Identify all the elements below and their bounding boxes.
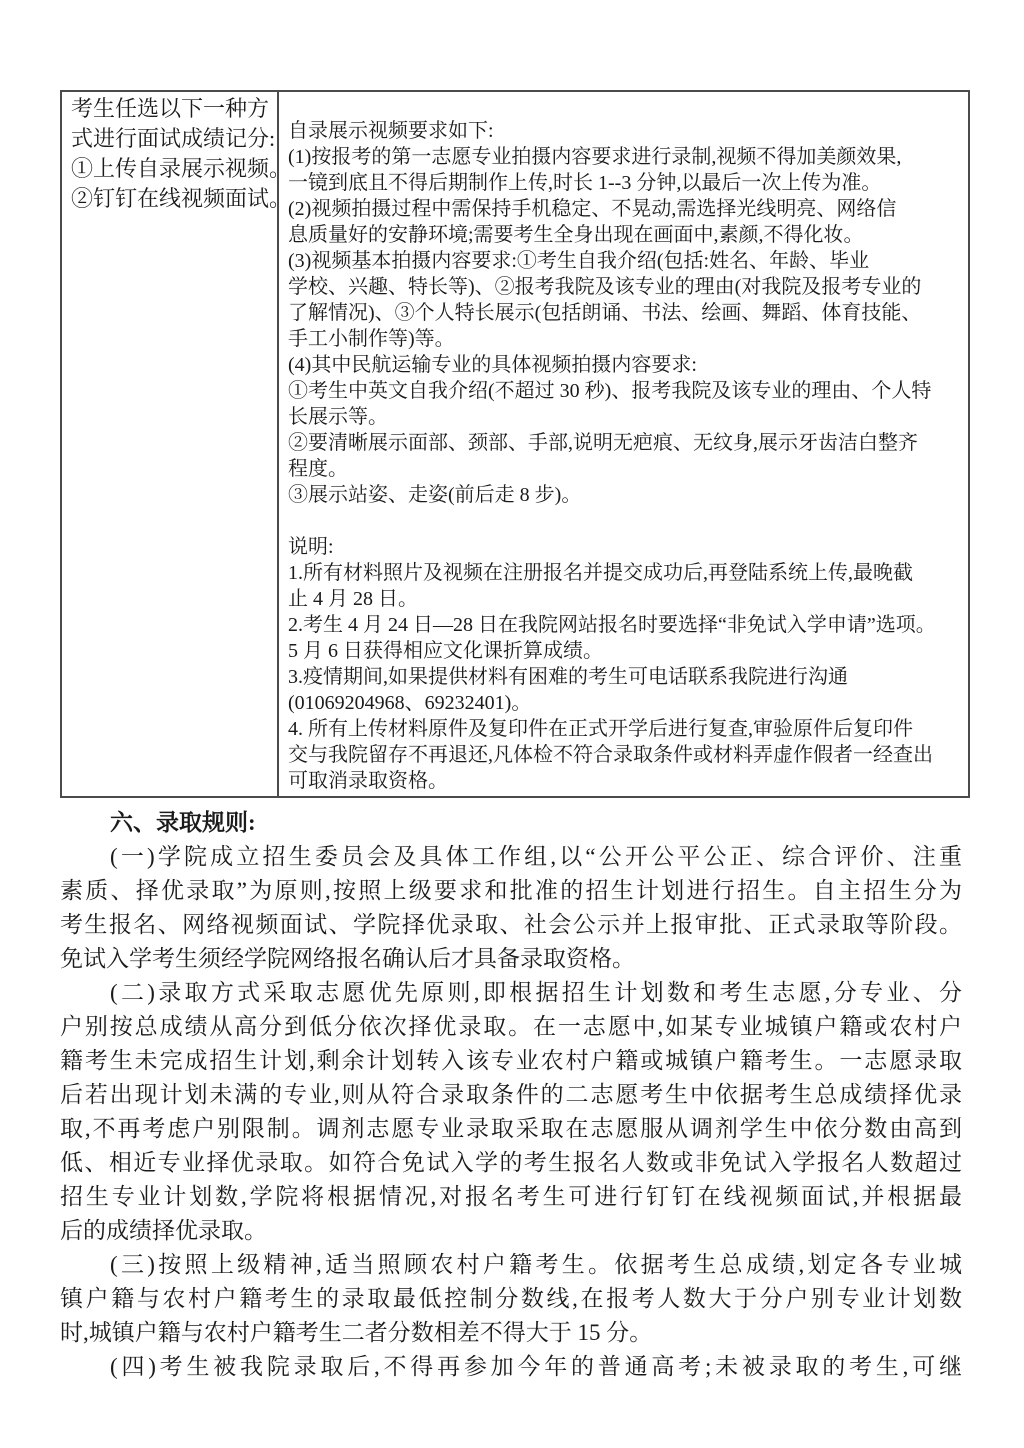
text-line: ①上传自录展示视频。 [71,154,271,184]
paragraph: (二)录取方式采取志愿优先原则,即根据招生计划数和考生志愿,分专业、分户别按总成… [60,976,962,1248]
text-line: (一)学院成立招生委员会及具体工作组,以“公开公平公正、综合评价、注重 [60,840,962,874]
text-line: 交与我院留存不再退还,凡体检不符合录取条件或材料弄虚作假者一经查出 [288,742,960,768]
text-line: (3)视频基本拍摄内容要求:①考生自我介绍(包括:姓名、年龄、毕业 [288,248,960,274]
text-line: 考生报名、网络视频面试、学院择优录取、社会公示并上报审批、正式录取等阶段。 [60,908,962,942]
text-line [288,508,960,534]
text-line: 手工小制作等)等。 [288,326,960,352]
text-line: 3.疫情期间,如果提供材料有困难的考生可电话联系我院进行沟通 [288,664,960,690]
text-line: 取,不再考虑户别限制。调剂志愿专业录取采取在志愿服从调剂学生中依分数由高到 [60,1112,962,1146]
text-line: 长展示等。 [288,404,960,430]
text-line: 考生任选以下一种方 [71,94,271,124]
document-page: 考生任选以下一种方式进行面试成绩记分:①上传自录展示视频。②钉钉在线视频面试。 … [0,0,1024,1448]
text-line: 免试入学考生须经学院网络报名确认后才具备录取资格。 [60,942,962,976]
text-line: 1.所有材料照片及视频在注册报名并提交成功后,再登陆系统上传,最晚截 [288,560,960,586]
text-line: ③展示站姿、走姿(前后走 8 步)。 [288,482,960,508]
text-line: 程度。 [288,456,960,482]
text-line: (2)视频拍摄过程中需保持手机稳定、不晃动,需选择光线明亮、网络信 [288,196,960,222]
text-line: 后的成绩择优录取。 [60,1214,962,1248]
admission-rules-section: 六、录取规则: (一)学院成立招生委员会及具体工作组,以“公开公平公正、综合评价… [60,806,962,1384]
text-line: 止 4 月 28 日。 [288,586,960,612]
text-line: (二)录取方式采取志愿优先原则,即根据招生计划数和考生志愿,分专业、分 [60,976,962,1010]
text-line: 低、相近专业择优录取。如符合免试入学的考生报名人数或非免试入学报名人数超过 [60,1146,962,1180]
text-line: 自录展示视频要求如下: [288,118,960,144]
table-cell-video-requirements: 自录展示视频要求如下:(1)按报考的第一志愿专业拍摄内容要求进行录制,视频不得加… [279,92,968,796]
text-line: 籍考生未完成招生计划,剩余计划转入该专业农村户籍或城镇户籍考生。一志愿录取 [60,1044,962,1078]
text-line: 息质量好的安静环境;需要考生全身出现在画面中,素颜,不得化妆。 [288,222,960,248]
text-line: 4. 所有上传材料原件及复印件在正式开学后进行复查,审验原件后复印件 [288,716,960,742]
text-line: 时,城镇户籍与农村户籍考生二者分数相差不得大于 15 分。 [60,1316,962,1350]
text-line: 一镜到底且不得后期制作上传,时长 1--3 分钟,以最后一次上传为准。 [288,170,960,196]
text-line: 式进行面试成绩记分: [71,124,271,154]
text-line: ①考生中英文自我介绍(不超过 30 秒)、报考我院及该专业的理由、个人特 [288,378,960,404]
text-line: (1)按报考的第一志愿专业拍摄内容要求进行录制,视频不得加美颜效果, [288,144,960,170]
text-line: ②钉钉在线视频面试。 [71,184,271,214]
text-line: (01069204968、69232401)。 [288,690,960,716]
interview-requirements-table: 考生任选以下一种方式进行面试成绩记分:①上传自录展示视频。②钉钉在线视频面试。 … [60,90,970,798]
text-line: 了解情况)、③个人特长展示(包括朗诵、书法、绘画、舞蹈、体育技能、 [288,300,960,326]
text-line: (四)考生被我院录取后,不得再参加今年的普通高考;未被录取的考生,可继 [60,1350,962,1384]
text-line: 5 月 6 日获得相应文化课折算成绩。 [288,638,960,664]
text-line: 可取消录取资格。 [288,768,960,794]
text-line: 后若出现计划未满的专业,则从符合录取条件的二志愿考生中依据考生总成绩择优录 [60,1078,962,1112]
paragraph: (一)学院成立招生委员会及具体工作组,以“公开公平公正、综合评价、注重素质、择优… [60,840,962,976]
section-heading: 六、录取规则: [60,806,962,840]
text-line: (4)其中民航运输专业的具体视频拍摄内容要求: [288,352,960,378]
text-line: (三)按照上级精神,适当照顾农村户籍考生。依据考生总成绩,划定各专业城 [60,1248,962,1282]
text-line: 素质、择优录取”为原则,按照上级要求和批准的招生计划进行招生。自主招生分为 [60,874,962,908]
paragraph: (四)考生被我院录取后,不得再参加今年的普通高考;未被录取的考生,可继 [60,1350,962,1384]
text-line: 说明: [288,534,960,560]
text-line: 2.考生 4 月 24 日—28 日在我院网站报名时要选择“非免试入学申请”选项… [288,612,960,638]
text-line: 招生专业计划数,学院将根据情况,对报名考生可进行钉钉在线视频面试,并根据最 [60,1180,962,1214]
section-paragraphs: (一)学院成立招生委员会及具体工作组,以“公开公平公正、综合评价、注重素质、择优… [60,840,962,1384]
text-line: ②要清晰展示面部、颈部、手部,说明无疤痕、无纹身,展示牙齿洁白整齐 [288,430,960,456]
text-line: 镇户籍与农村户籍考生的录取最低控制分数线,在报考人数大于分户别专业计划数 [60,1282,962,1316]
paragraph: (三)按照上级精神,适当照顾农村户籍考生。依据考生总成绩,划定各专业城镇户籍与农… [60,1248,962,1350]
text-line: 户别按总成绩从高分到低分依次择优录取。在一志愿中,如某专业城镇户籍或农村户 [60,1010,962,1044]
text-line: 学校、兴趣、特长等)、②报考我院及该专业的理由(对我院及报考专业的 [288,274,960,300]
table-cell-interview-options: 考生任选以下一种方式进行面试成绩记分:①上传自录展示视频。②钉钉在线视频面试。 [62,92,279,796]
